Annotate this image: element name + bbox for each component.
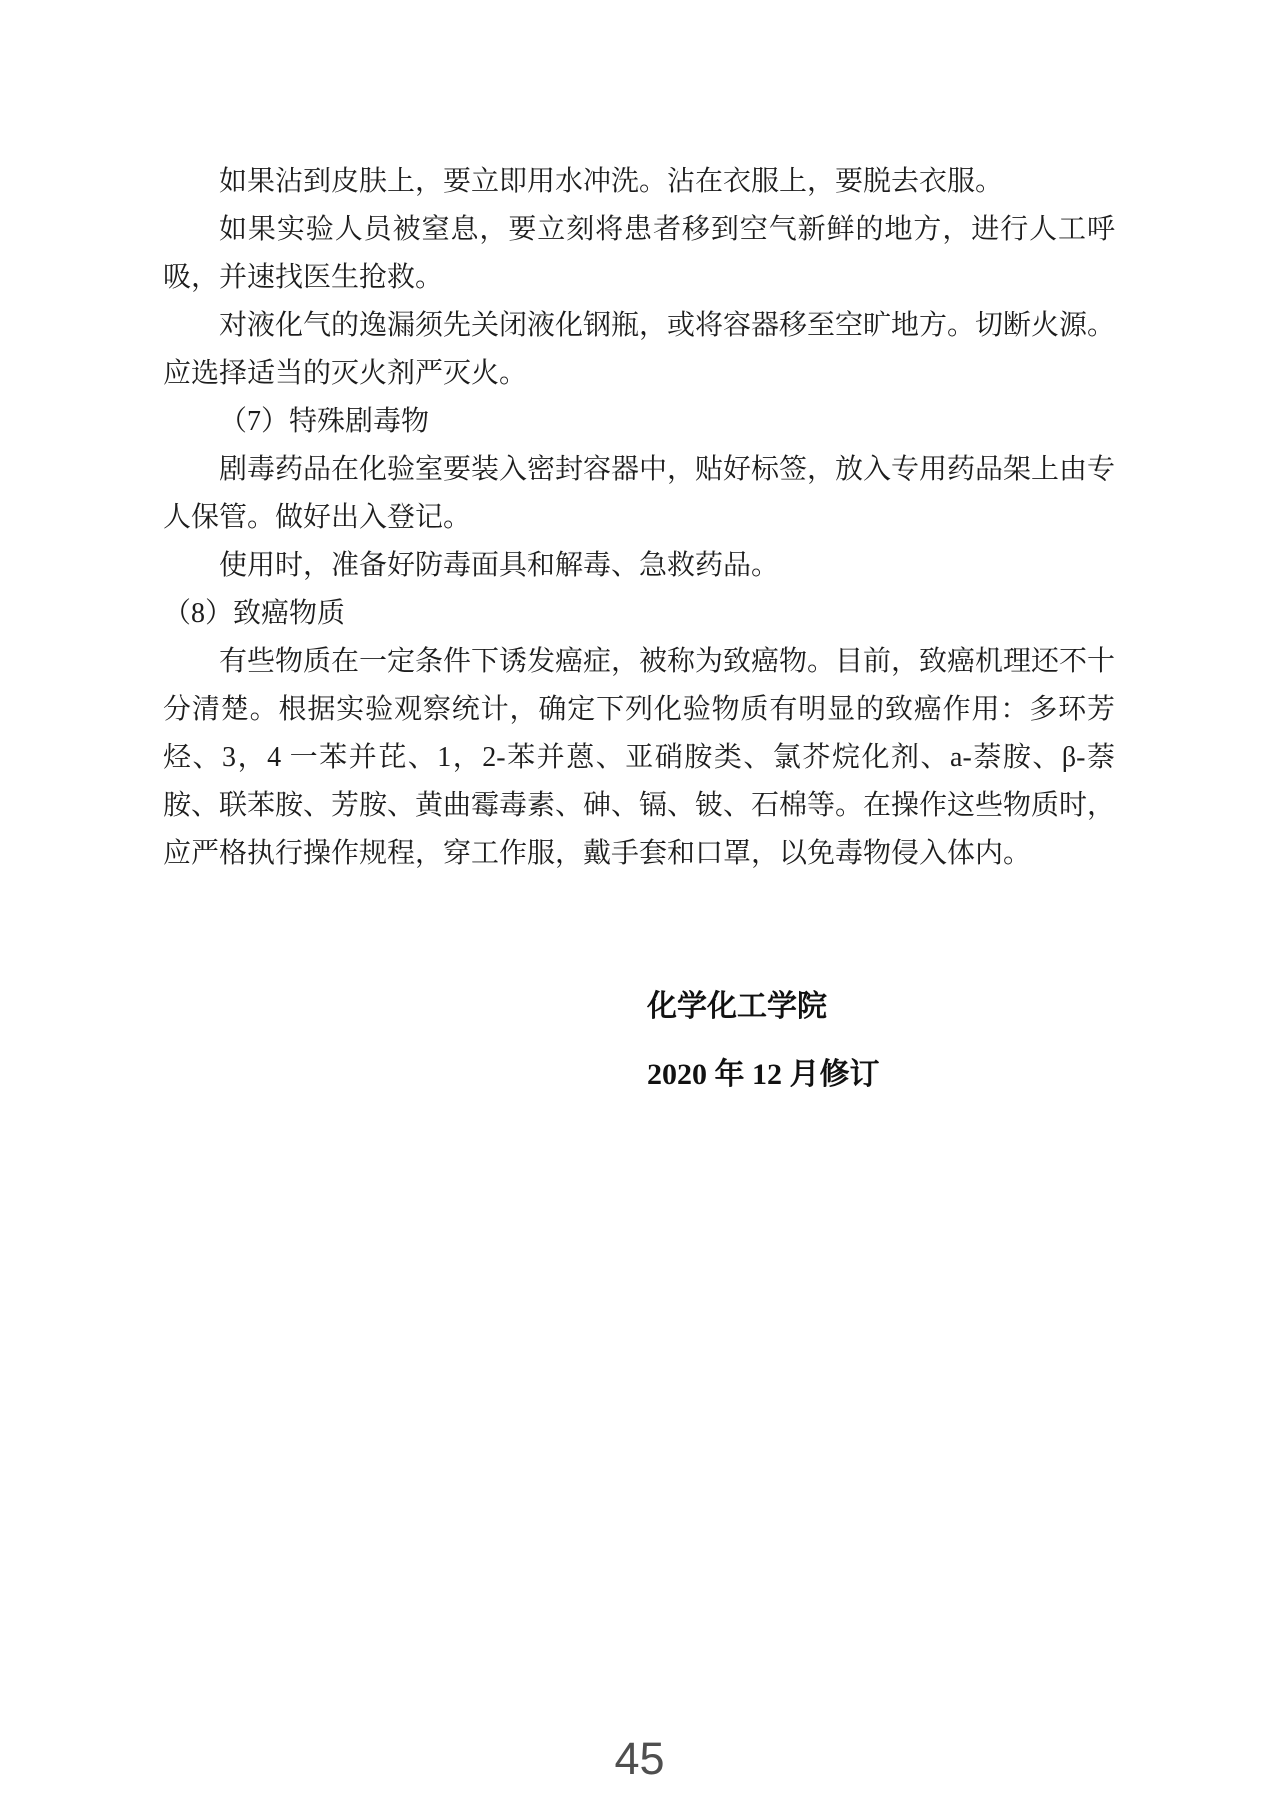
body-paragraph: 对液化气的逸漏须先关闭液化钢瓶，或将容器移至空旷地方。切断火源。应选择适当的灭火… xyxy=(163,302,1115,398)
body-paragraph: 如果实验人员被窒息，要立刻将患者移到空气新鲜的地方，进行人工呼吸，并速找医生抢救… xyxy=(163,206,1115,302)
signature-block: 化学化工学院 2020 年 12 月修订 xyxy=(647,988,880,1094)
section-heading-7: （7）特殊剧毒物 xyxy=(163,398,1115,446)
document-body: 如果沾到皮肤上，要立即用水冲洗。沾在衣服上，要脱去衣服。 如果实验人员被窒息，要… xyxy=(163,158,1115,878)
signature-revision-date: 2020 年 12 月修订 xyxy=(647,1056,880,1094)
body-paragraph: 使用时，准备好防毒面具和解毒、急救药品。 xyxy=(163,542,1115,590)
document-page: 如果沾到皮肤上，要立即用水冲洗。沾在衣服上，要脱去衣服。 如果实验人员被窒息，要… xyxy=(0,0,1279,1809)
signature-organization: 化学化工学院 xyxy=(647,988,880,1026)
body-paragraph: 有些物质在一定条件下诱发癌症，被称为致癌物。目前，致癌机理还不十分清楚。根据实验… xyxy=(163,638,1115,878)
section-heading-8: （8）致癌物质 xyxy=(163,590,1115,638)
page-number: 45 xyxy=(0,1736,1279,1781)
body-paragraph: 剧毒药品在化验室要装入密封容器中，贴好标签，放入专用药品架上由专人保管。做好出入… xyxy=(163,446,1115,542)
body-paragraph: 如果沾到皮肤上，要立即用水冲洗。沾在衣服上，要脱去衣服。 xyxy=(163,158,1115,206)
